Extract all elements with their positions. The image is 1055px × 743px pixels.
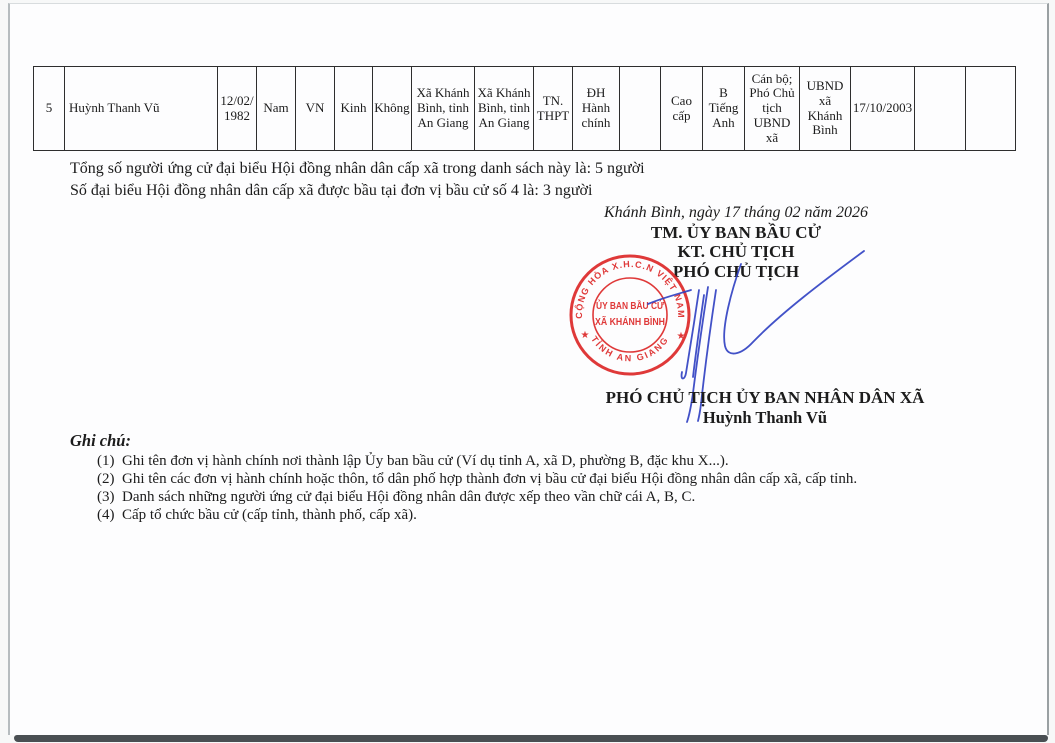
cell-language: B Tiếng Anh [703, 67, 745, 151]
notes-heading: Ghi chú: [70, 431, 131, 451]
cell-name: Huỳnh Thanh Vũ [65, 67, 218, 151]
scan-bottom-edge [14, 735, 1048, 742]
cell-education: TN. THPT [534, 67, 573, 151]
cell-workplace: UBND xã Khánh Bình [800, 67, 851, 151]
cell-stt: 5 [34, 67, 65, 151]
note-item-1: (1) Ghi tên đơn vị hành chính nơi thành … [97, 453, 729, 470]
summary-line-2: Số đại biểu Hội đồng nhân dân cấp xã đượ… [70, 182, 592, 200]
cell-dob: 12/02/ 1982 [218, 67, 257, 151]
table-row: 5 Huỳnh Thanh Vũ 12/02/ 1982 Nam VN Kinh… [34, 67, 1016, 151]
sig-authority-line: TM. ỦY BAN BẦU CỬ [546, 223, 926, 243]
cell-ethnicity: Kinh [335, 67, 373, 151]
cell-residence: Xã Khánh Bình, tỉnh An Giang [475, 67, 534, 151]
cell-degree: ĐH Hành chính [573, 67, 620, 151]
svg-text:TỈNH AN GIANG: TỈNH AN GIANG [589, 334, 671, 363]
cell-birthplace: Xã Khánh Bình, tỉnh An Giang [412, 67, 475, 151]
stamp-center-line-1: ỦY BAN BẦU CỬ [596, 299, 664, 312]
cell-religion: Không [373, 67, 412, 151]
stamp-arc-bottom-text: TỈNH AN GIANG [589, 334, 671, 363]
cell-position: Cán bộ; Phó Chủ tịch UBND xã [745, 67, 800, 151]
stamp-center-line-2: XÃ KHÁNH BÌNH [595, 315, 665, 328]
sig-kt-line: KT. CHỦ TỊCH [546, 242, 926, 262]
summary-line-1: Tổng số người ứng cử đại biểu Hội đồng n… [70, 160, 645, 178]
note-item-3: (3) Danh sách những người ứng cử đại biể… [97, 489, 695, 506]
cell-gender: Nam [257, 67, 296, 151]
signature-block: Khánh Bình, ngày 17 tháng 02 năm 2026 TM… [546, 203, 926, 281]
sig-role-line: PHÓ CHỦ TỊCH [546, 262, 926, 282]
signer-title: PHÓ CHỦ TỊCH ỦY BAN NHÂN DÂN XÃ [565, 388, 965, 408]
note-item-4: (4) Cấp tổ chức bầu cử (cấp tỉnh, thành … [97, 507, 417, 524]
cell-politics: Cao cấp [661, 67, 703, 151]
cell-party-date: 17/10/2003 [851, 67, 915, 151]
cell-empty-3 [966, 67, 1016, 151]
stamp-star-left-icon: ★ [581, 330, 590, 341]
note-item-2: (2) Ghi tên các đơn vị hành chính hoặc t… [97, 471, 857, 488]
cell-nationality: VN [296, 67, 335, 151]
cell-empty-2 [915, 67, 966, 151]
signer-block: PHÓ CHỦ TỊCH ỦY BAN NHÂN DÂN XÃ Huỳnh Th… [565, 388, 965, 428]
cell-empty-1 [620, 67, 661, 151]
candidate-table: 5 Huỳnh Thanh Vũ 12/02/ 1982 Nam VN Kinh… [33, 66, 1016, 151]
place-date-line: Khánh Bình, ngày 17 tháng 02 năm 2026 [546, 203, 926, 223]
stamp-star-right-icon: ★ [677, 331, 686, 342]
signer-name: Huỳnh Thanh Vũ [565, 408, 965, 428]
document-page: 5 Huỳnh Thanh Vũ 12/02/ 1982 Nam VN Kinh… [8, 3, 1049, 735]
